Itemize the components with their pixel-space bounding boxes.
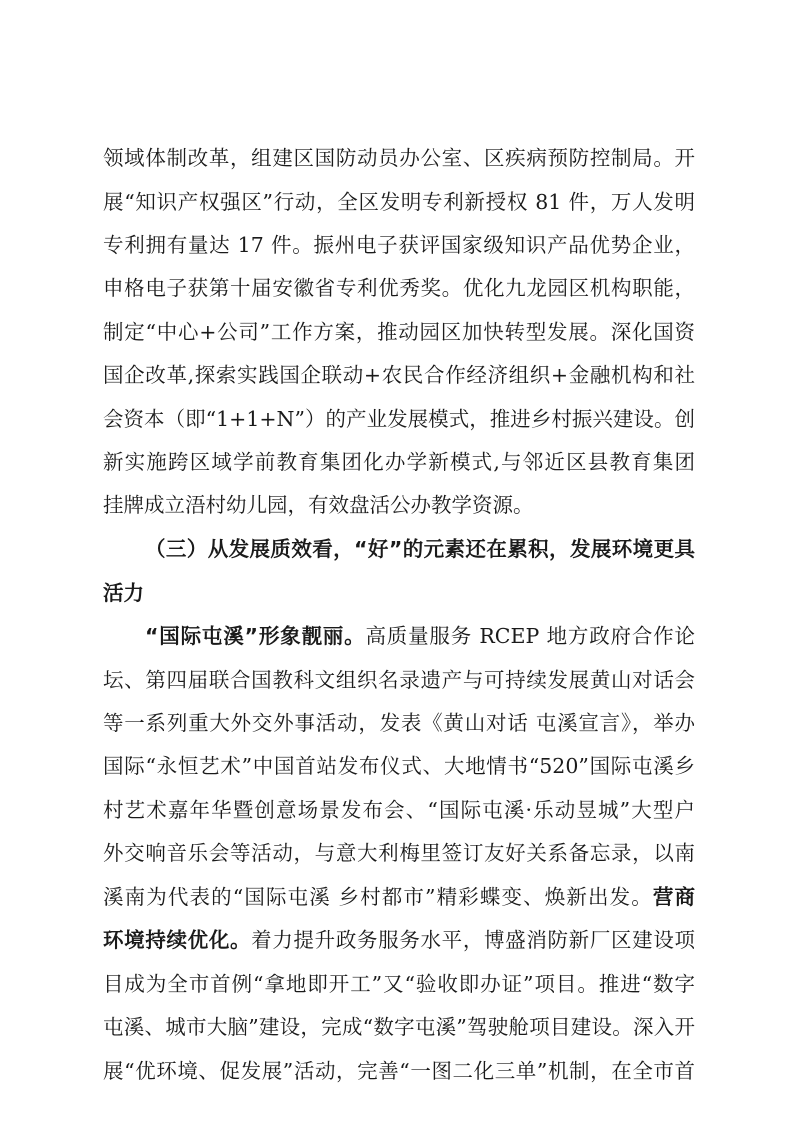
paragraph-line: 屯溪、城市大脑”建设，完成“数字屯溪”驾驶舱项目建设。深入开	[103, 1012, 695, 1042]
body-text-line: 专利拥有量达 17 件。振州电子获评国家级知识产品优势企业，	[103, 230, 695, 260]
paragraph-line: 等一系列重大外交外事活动，发表《黄山对话 屯溪宣言》，举办	[103, 708, 695, 738]
paragraph-line: 坛、第四届联合国教科文组织名录遗产与可持续发展黄山对话会	[103, 665, 695, 695]
paragraph-line: “国际屯溪”形象靓丽。高质量服务 RCEP 地方政府合作论	[145, 621, 695, 651]
paragraph-text: 着力提升政务服务水平，博盛消防新厂区建设项	[251, 928, 695, 952]
bold-lead-phrase: 营商	[653, 885, 695, 909]
bold-lead-phrase: “国际屯溪”形象靓丽。	[145, 624, 365, 648]
paragraph-text: 高质量服务 RCEP 地方政府合作论	[365, 624, 695, 648]
section-heading-continuation: 活力	[103, 578, 695, 608]
paragraph-line: 国际“永恒艺术”中国首站发布仪式、大地情书“520”国际屯溪乡	[103, 751, 695, 781]
paragraph-line: 村艺术嘉年华暨创意场景发布会、“国际屯溪·乐动昱城”大型户	[103, 795, 695, 825]
paragraph-text: 溪南为代表的“国际屯溪 乡村都市”精彩蝶变、焕新出发。	[103, 885, 653, 909]
body-text-line: 挂牌成立浯村幼儿园，有效盘活公办教学资源。	[103, 490, 695, 520]
bold-lead-phrase: 环境持续优化。	[103, 928, 251, 952]
body-text-line: 领域体制改革，组建区国防动员办公室、区疾病预防控制局。开	[103, 143, 695, 173]
body-text-line: 会资本（即“1+1+N”）的产业发展模式，推进乡村振兴建设。创	[103, 404, 695, 434]
body-text-line: 制定“中心+公司”工作方案，推动园区加快转型发展。深化国资	[103, 317, 695, 347]
paragraph-line: 展“优环境、促发展”活动，完善“一图二化三单”机制，在全市首	[103, 1056, 695, 1086]
body-text-line: 申格电子获第十届安徽省专利优秀奖。优化九龙园区机构职能，	[103, 273, 695, 303]
body-text-line: 国企改革,探索实践国企联动+农民合作经济组织+金融机构和社	[103, 360, 695, 390]
paragraph-line: 外交响音乐会等活动，与意大利梅里签订友好关系备忘录，以南	[103, 838, 695, 868]
paragraph-line: 溪南为代表的“国际屯溪 乡村都市”精彩蝶变、焕新出发。营商	[103, 882, 695, 912]
paragraph-line: 环境持续优化。着力提升政务服务水平，博盛消防新厂区建设项	[103, 925, 695, 955]
body-text-line: 展“知识产权强区”行动，全区发明专利新授权 81 件，万人发明	[103, 187, 695, 217]
paragraph-line: 目成为全市首例“拿地即开工”又“验收即办证”项目。推进“数字	[103, 969, 695, 999]
section-heading: （三）从发展质效看，“好”的元素还在累积，发展环境更具	[145, 534, 695, 564]
document-page: 领域体制改革，组建区国防动员办公室、区疾病预防控制局。开 展“知识产权强区”行动…	[0, 0, 794, 1122]
body-text-line: 新实施跨区域学前教育集团化办学新模式,与邻近区县教育集团	[103, 447, 695, 477]
